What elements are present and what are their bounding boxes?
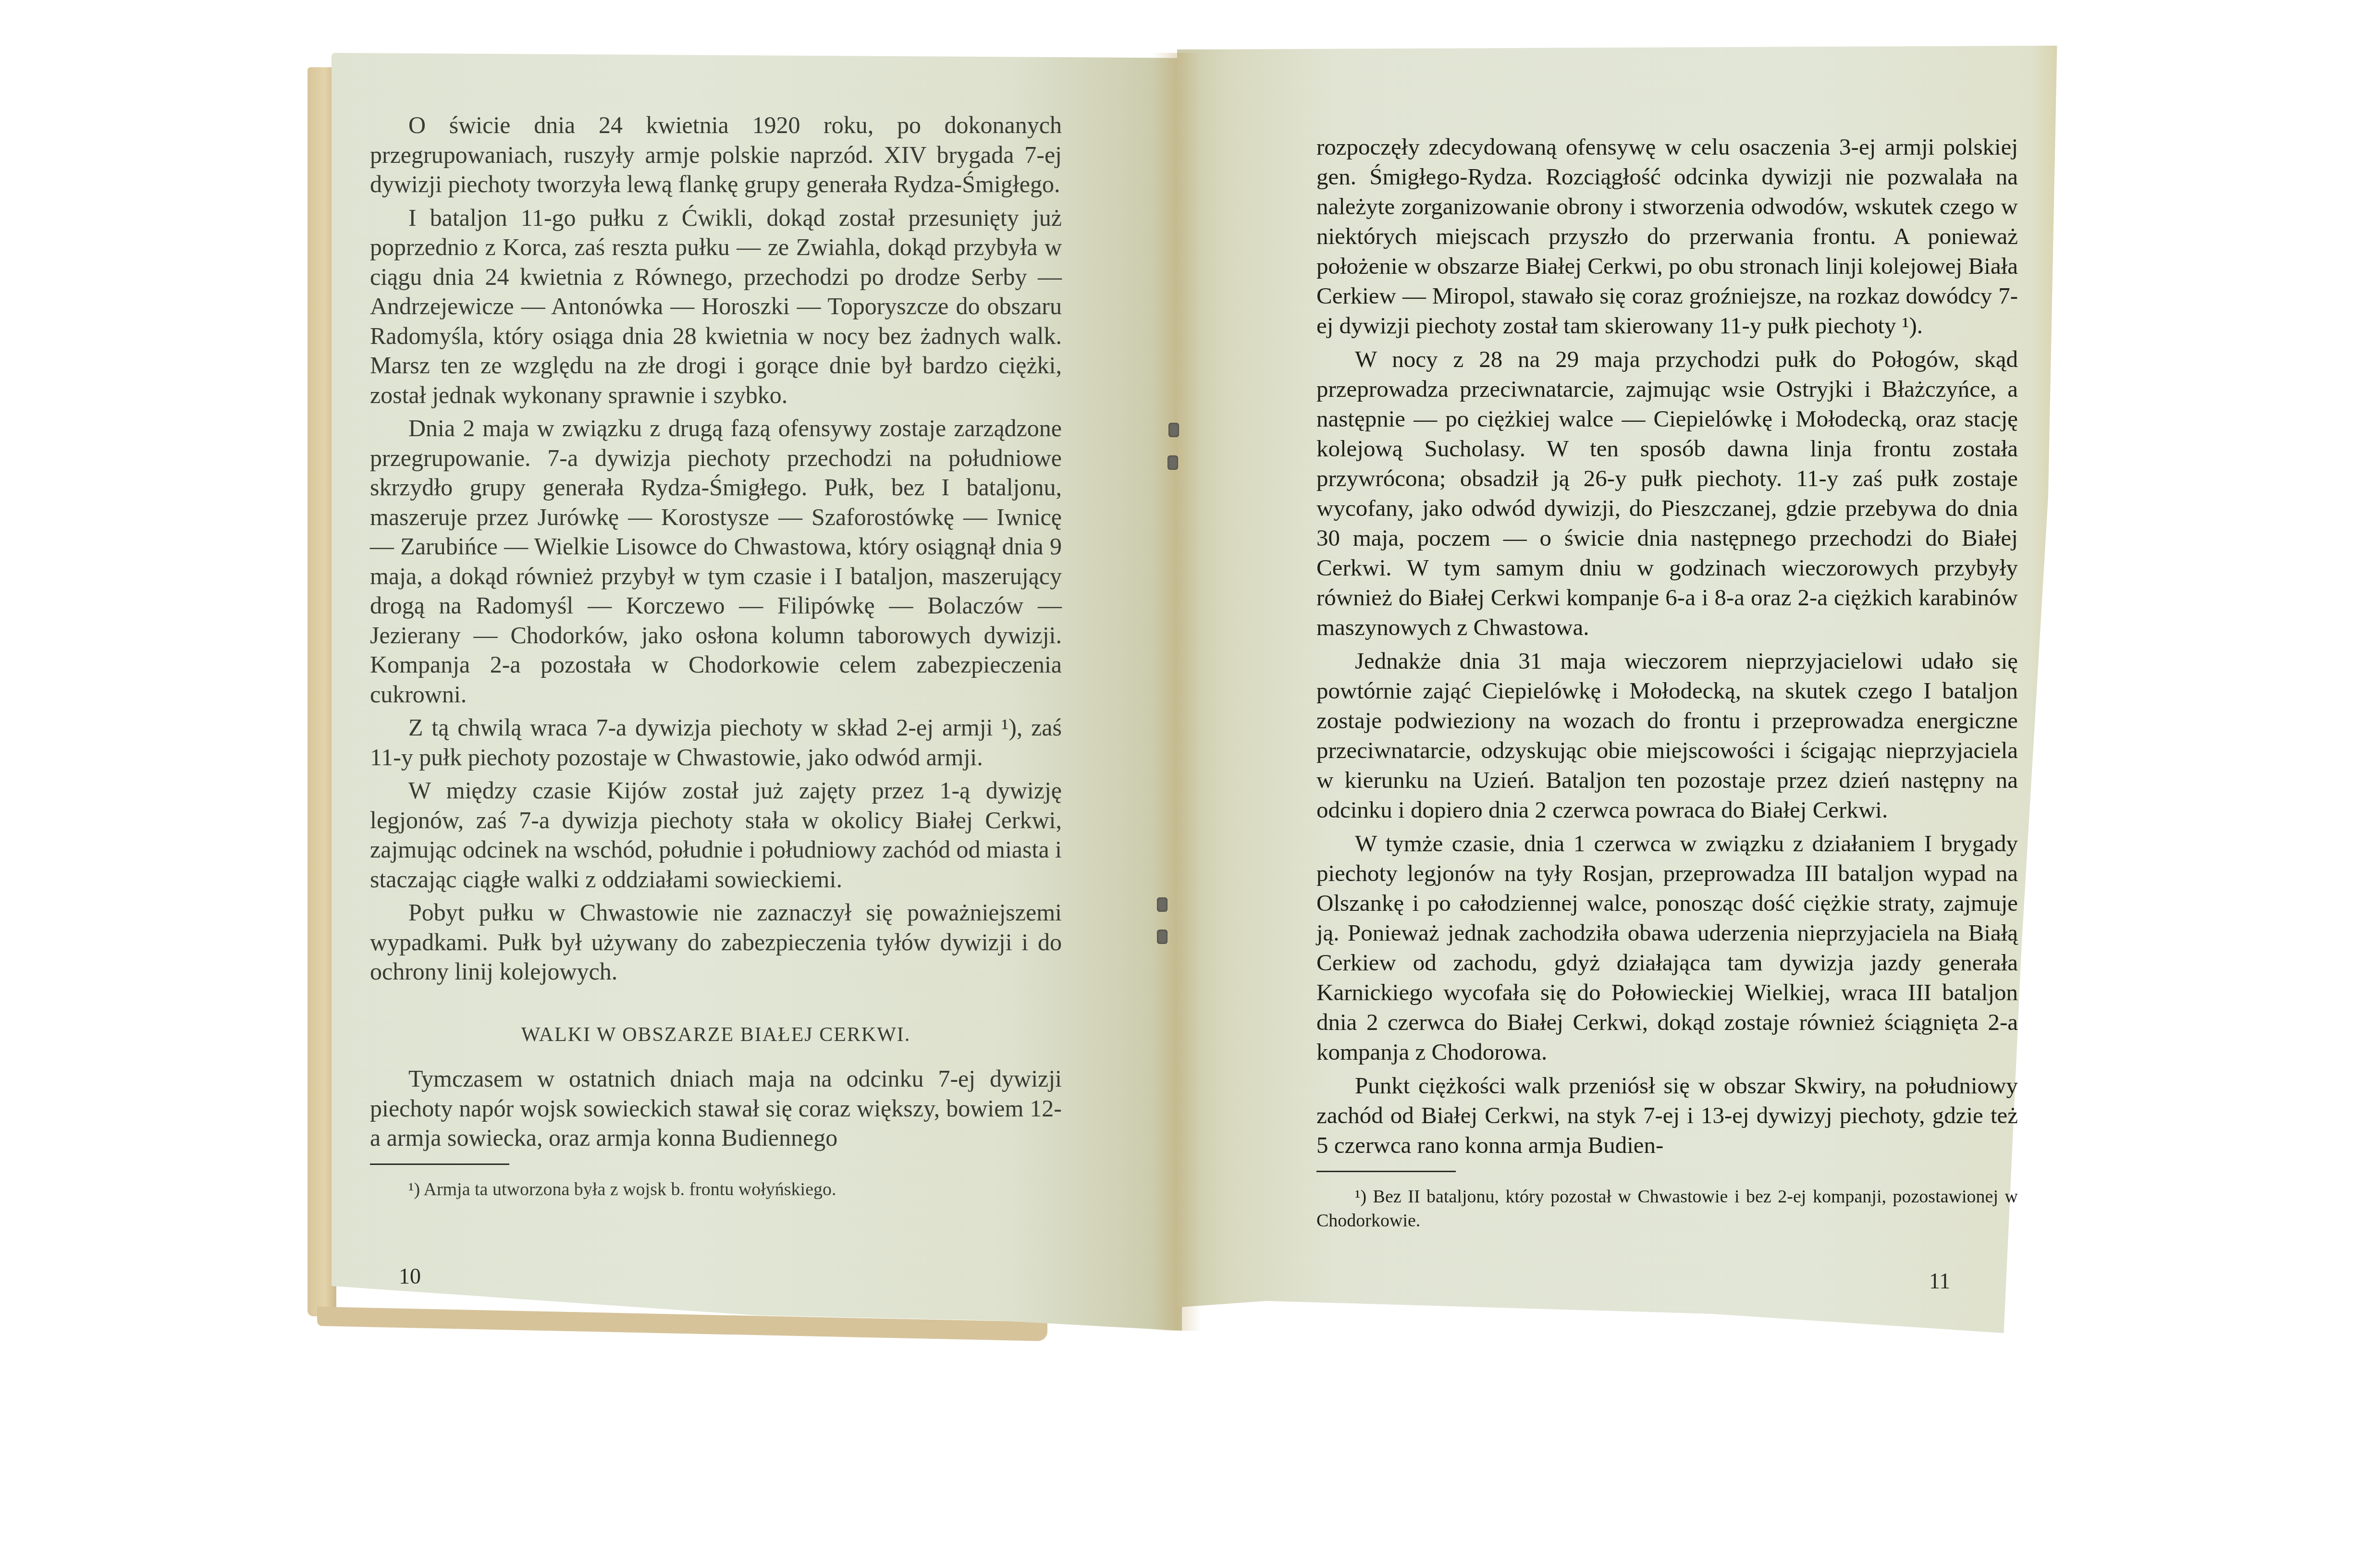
- staple-icon: [1168, 455, 1178, 470]
- footnote-divider: [370, 1164, 509, 1165]
- open-booklet: O świcie dnia 24 kwietnia 1920 roku, po …: [0, 0, 2360, 1568]
- page-number: 10: [399, 1263, 421, 1289]
- left-page-text: O świcie dnia 24 kwietnia 1920 roku, po …: [370, 110, 1062, 1201]
- paragraph: Pobyt pułku w Chwastowie nie zaznaczył s…: [370, 898, 1062, 987]
- staple-icon: [1168, 423, 1179, 437]
- paragraph: O świcie dnia 24 kwietnia 1920 roku, po …: [370, 110, 1062, 199]
- paragraph: Z tą chwilą wraca 7-a dywizja piechoty w…: [370, 713, 1062, 772]
- paragraph: W tymże czasie, dnia 1 czerwca w związku…: [1316, 829, 2018, 1067]
- footnote: ¹) Armja ta utworzona była z wojsk b. fr…: [370, 1177, 1062, 1201]
- section-heading: WALKI W OBSZARZE BIAŁEJ CERKWI.: [370, 1020, 1062, 1050]
- paragraph: Jednakże dnia 31 maja wieczorem nieprzyj…: [1316, 646, 2018, 825]
- footnote: ¹) Bez II bataljonu, który pozostał w Ch…: [1316, 1185, 2018, 1233]
- paragraph: rozpoczęły zdecydowaną ofensywę w celu o…: [1316, 132, 2018, 341]
- paragraph: Tymczasem w ostatnich dniach maja na odc…: [370, 1064, 1062, 1153]
- right-page-text: rozpoczęły zdecydowaną ofensywę w celu o…: [1316, 132, 2018, 1233]
- paragraph: Dnia 2 maja w związku z drugą fazą ofens…: [370, 414, 1062, 709]
- paragraph: I bataljon 11-go pułku z Ćwikli, dokąd z…: [370, 203, 1062, 410]
- staple-icon: [1157, 930, 1168, 944]
- staple-icon: [1157, 897, 1168, 912]
- footnote-divider: [1316, 1171, 1456, 1172]
- book-spine: [1153, 53, 1201, 1331]
- paragraph: Punkt ciężkości walk przeniósł się w obs…: [1316, 1071, 2018, 1160]
- paragraph: W między czasie Kijów został już zajęty …: [370, 776, 1062, 894]
- page-number: 11: [1929, 1268, 1950, 1294]
- paragraph: W nocy z 28 na 29 maja przychodzi pułk d…: [1316, 344, 2018, 642]
